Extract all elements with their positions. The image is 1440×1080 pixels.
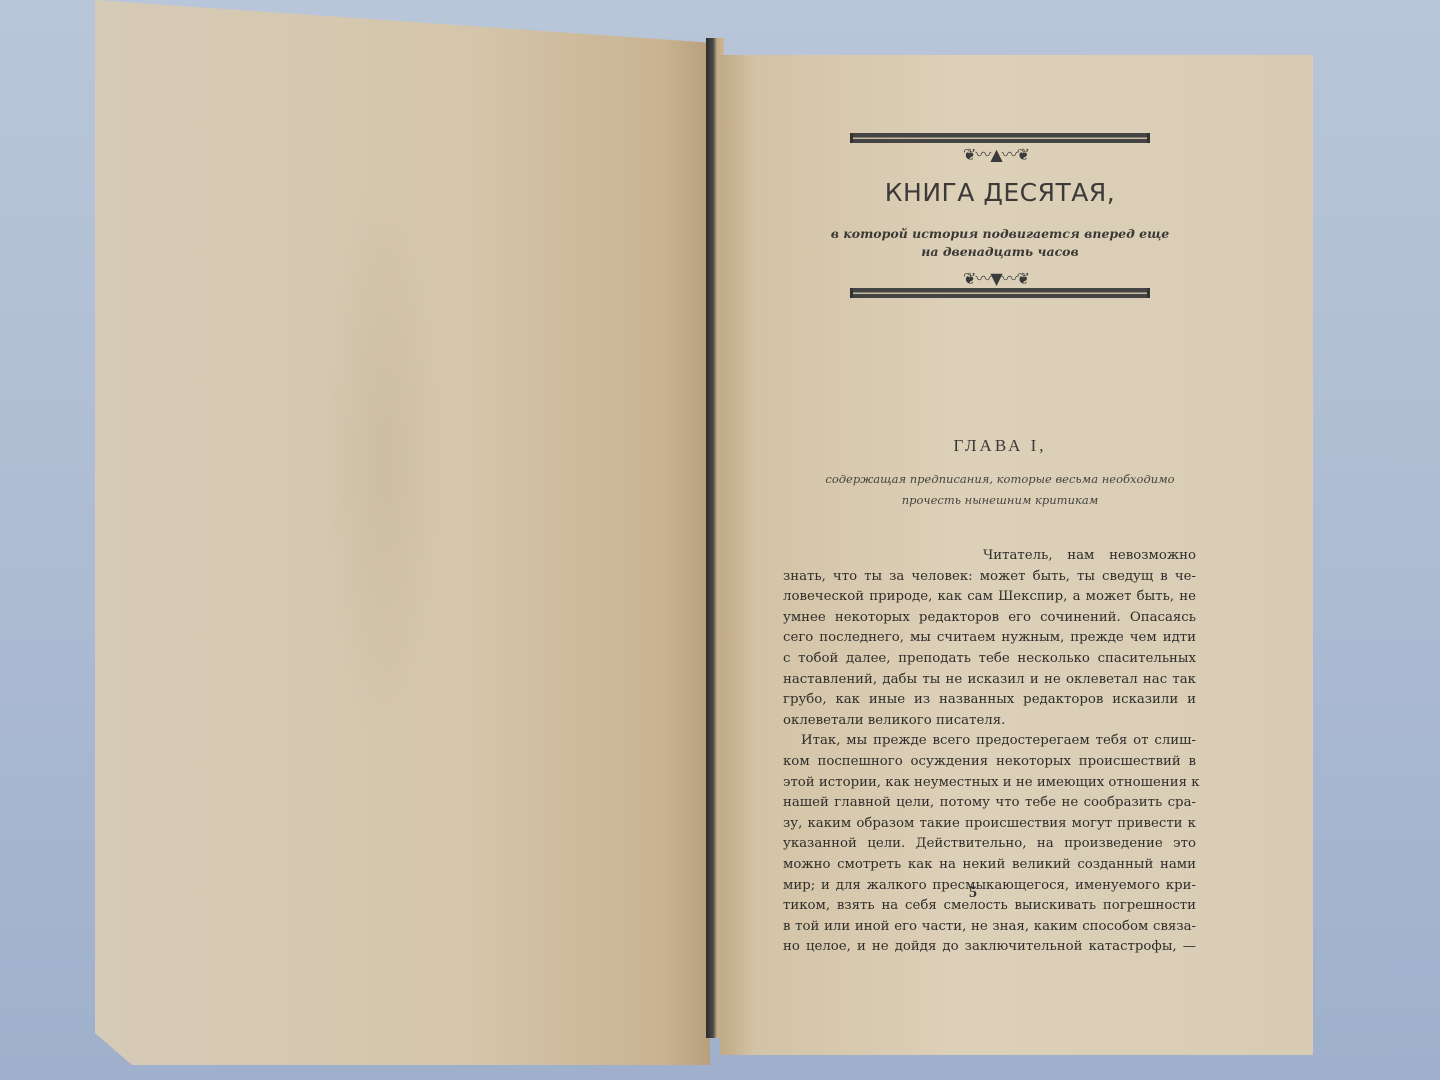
book-subtitle: в которой история подвигается вперед еще…: [820, 225, 1180, 261]
text-line: мир; и для жалкого пресмыкающегося, имен…: [783, 876, 1196, 897]
text-line: но целое, и не дойдя до заключительной к…: [783, 937, 1196, 958]
top-scroll-ornament-icon: ❦︎〰▲〰❦︎: [960, 146, 1032, 164]
text-line: знать, что ты за человек: может быть, ты…: [783, 567, 1196, 588]
text-line: грубо, как иные из названных редакторов …: [783, 690, 1196, 711]
chapter-body-text: Читатель, нам невозможно знать, что ты з…: [783, 546, 1196, 958]
chapter-title: ГЛАВА I,: [820, 436, 1180, 456]
left-page-blank: [95, 0, 710, 1065]
text-line: указанной цели. Действительно, на произв…: [783, 834, 1196, 855]
text-line: оклеветали великого писателя.: [783, 711, 1196, 732]
book-subtitle-line: на двенадцать часов: [820, 243, 1180, 261]
text-line: сего последнего, мы считаем нужным, преж…: [783, 628, 1196, 649]
page-fold-shadow: [325, 160, 445, 760]
text-line: можно смотреть как на некий великий созд…: [783, 855, 1196, 876]
text-line: ком поспешного осуждения некоторых проис…: [783, 752, 1196, 773]
text-line: умнее некоторых редакторов его сочинений…: [783, 608, 1196, 629]
text-line: этой истории, как неуместных и не имеющи…: [783, 773, 1196, 794]
text-line: в той или иной его части, не зная, каким…: [783, 917, 1196, 938]
chapter-subtitle-line: прочесть нынешним критикам: [800, 490, 1200, 511]
bottom-ornament-rule: [850, 288, 1150, 298]
bottom-scroll-ornament-icon: ❦︎〰▼〰❦︎: [960, 270, 1032, 288]
text-line: нашей главной цели, потому что тебе не с…: [783, 793, 1196, 814]
chapter-subtitle-line: содержащая предписания, которые весьма н…: [800, 469, 1200, 490]
text-line: зу, каким образом такие происшествия мог…: [783, 814, 1196, 835]
text-line: ловеческой природе, как сам Шекспир, а м…: [783, 587, 1196, 608]
chapter-subtitle: содержащая предписания, которые весьма н…: [800, 469, 1200, 511]
page-number: 5: [958, 884, 988, 902]
text-line: наставлений, дабы ты не исказил и не окл…: [783, 670, 1196, 691]
text-line: Читатель, нам невозможно: [783, 546, 1196, 567]
text-line: тиком, взять на себя смелость выискивать…: [783, 896, 1196, 917]
text-line: с тобой далее, преподать тебе несколько …: [783, 649, 1196, 670]
top-ornament-rule: [850, 133, 1150, 143]
text-line: Итак, мы прежде всего предостерегаем теб…: [783, 731, 1196, 752]
book-subtitle-line: в которой история подвигается вперед еще: [820, 225, 1180, 243]
book-title: КНИГА ДЕСЯТАЯ,: [820, 178, 1180, 207]
